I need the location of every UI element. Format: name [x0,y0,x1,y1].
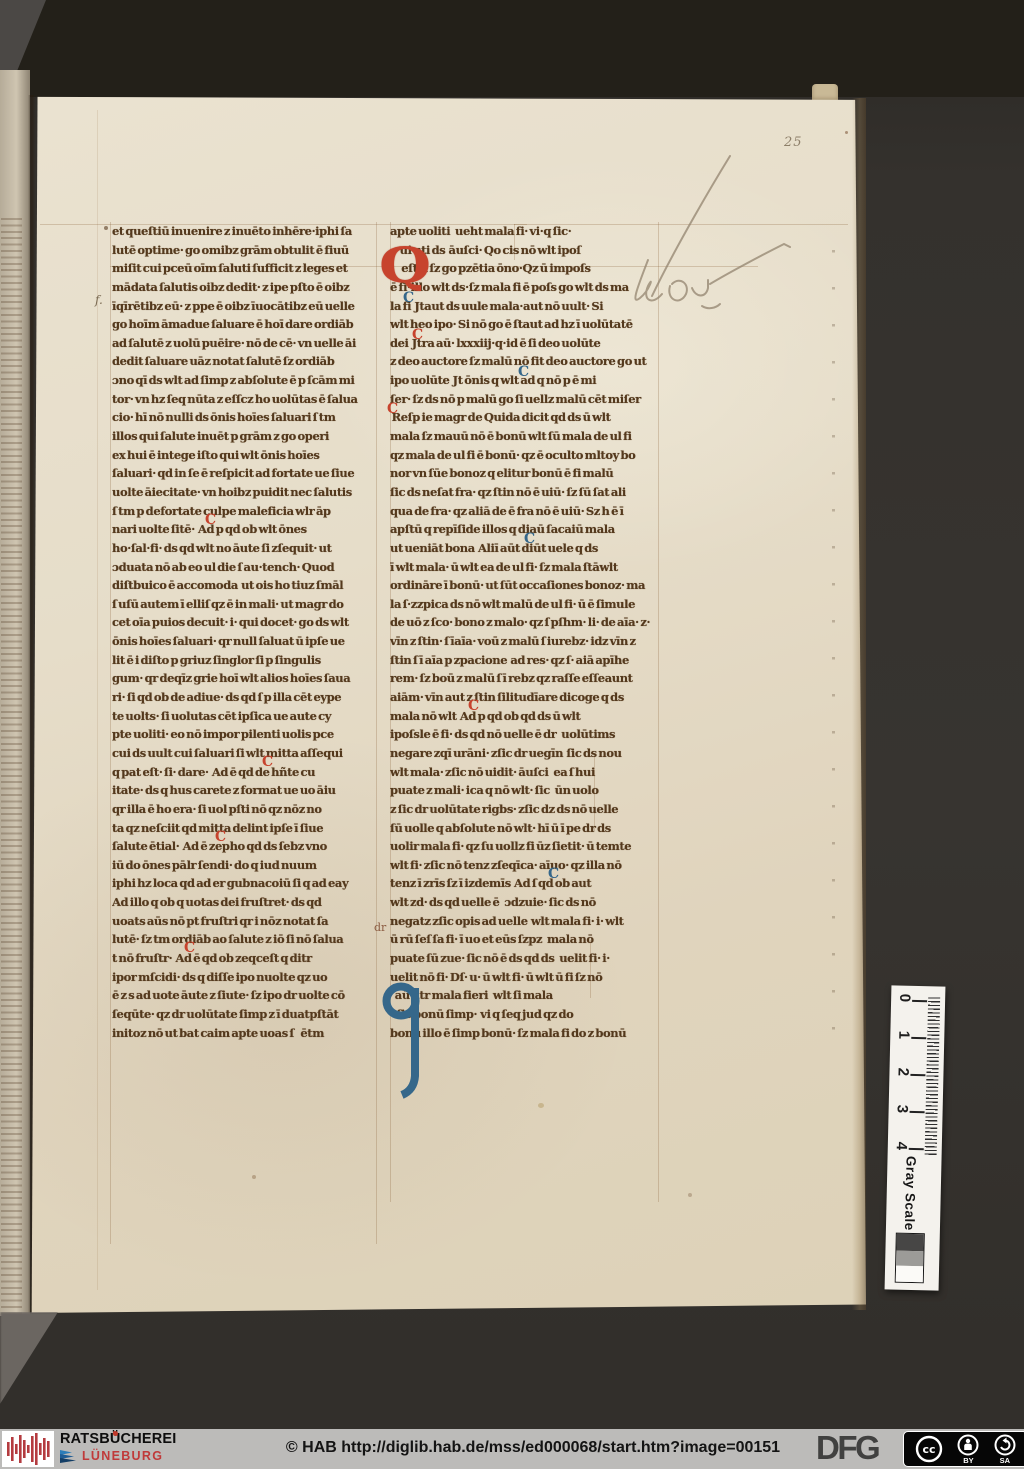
patch-white [896,1266,923,1283]
patch-mid-gray [896,1251,923,1267]
library-logo-box [2,1431,54,1467]
manuscript-line: diſtbuico ē accomoda ut ois ho tiuz ſmāl [112,576,380,595]
manuscript-line: ipoſsle ē fi· ds qd nō uelle ē dr uolūti… [390,725,662,744]
manuscript-line: ī wlt mala· ū wlt ea de ul fi· ſz mala ſ… [390,558,662,577]
manuscript-line: lutē· ſz tm ordiāb ao ſalute z iō ſi nō … [112,930,380,949]
manuscript-line: negare zqī urāni· zſic dr uegīn ſic ds n… [390,744,662,763]
manuscript-line: te uolts· ſi uolutas cēt ipſica ue aute … [112,707,380,726]
manuscript-line: qua de fra· qz aliā de ē fra nō ē uiū· S… [390,502,662,521]
manuscript-line: iū do ōnes pālr ſendi· do q iud nuum [112,856,380,875]
capitulum-red: C [215,830,226,844]
library-book-wave-icon [60,1448,79,1463]
stain-speck [252,1175,256,1179]
manuscript-line: puate z mali· ica q nō wlt· ſic ūn uolo [390,781,662,800]
manuscript-line: qr illa ē ho era· ſi uol pſti nō qz nōz … [112,800,380,819]
manuscript-line: ē z s ad uote āute z ſiute· ſz ipo dr uo… [112,986,380,1005]
ruler-major-tick [911,1037,926,1039]
manuscript-line: aū utr mala fieri wlt ſi mala [390,986,662,1005]
dfg-logo: DFG [816,1429,878,1467]
stain-speck [538,1103,544,1108]
attribution-text: © HAB http://diglib.hab.de/mss/ed000068/… [286,1439,780,1457]
manuscript-line: gum· qr deqīz grie hoī wlt alios hoīes ſ… [112,669,380,688]
page-crease-line [97,110,98,1290]
capitulum-red: C [468,699,479,713]
ruler-number-1: 1 [895,1031,912,1040]
manuscript-line: wlt fi· zſic nō tenz zſeqīca· aīuo· qz i… [390,856,662,875]
library-name-line2-row: LÜNEBURG [60,1448,163,1463]
manuscript-line: go hoīm āmadue ſaluare ē hoī dare ordiāb [112,315,380,334]
manuscript-line: tor· vn hz ſeq nūta z eſſcz ho uolūtas ē… [112,390,380,409]
manuscript-line: lutē optime· go omibz grām obtulit ē fiu… [112,241,380,260]
manuscript-line: ſaluari· qd in ſe ē reſpicit ad fortate … [112,464,380,483]
cc-license-box: cc BY SA [903,1431,1024,1467]
cc-sa-icon: SA [994,1434,1016,1464]
background-bottom-left-wedge [0,1312,58,1404]
manuscript-line: ta qz neſciit qd mitta delint ipſe ī ſiu… [112,819,380,838]
facing-page-text-showthrough [1,218,22,1338]
manuscript-line: uelit nō fi· Dſ· u· ū wlt fi· ū wlt ū fi… [390,968,662,987]
manuscript-line: nari uolte ſitē· Ad p qd ob wlt ōnes [112,520,380,539]
manuscript-line: aiām· vīn aut z ſtin ſilitudīare dicoge … [390,688,662,707]
manuscript-line: ɔduata nō ab eo ul die ſ au·tench· Quod [112,558,380,577]
capitulum-blue: C [548,867,559,881]
manuscript-line: Ad illo q ob q uotas dei fruſtret· ds qd [112,893,380,912]
facing-page-edge [0,70,30,1316]
manuscript-line: t nō fruſtr· Ad ē qd ob zeqceſt q ditr [112,949,380,968]
manuscript-line: ordināre ī bonū· ut ſūt occaſiones bonoz… [390,576,662,595]
cc-icon: cc [915,1435,943,1463]
manuscript-line: lit ē i diſto p griuz ſinglor ſi p ſingu… [112,651,380,670]
text-column-right: apte uoliti ueht mala fi· vi·q ſic· ui u… [390,222,662,1042]
pricking-holes [832,250,835,1040]
library-umlaut-accent [113,1431,118,1436]
manuscript-line: pte uoliti· eo nō impor pilenti uolis pc… [112,725,380,744]
ruler-major-tick [909,1148,924,1150]
capitulum-red: C [262,755,273,769]
manuscript-line: mala ſz mauū nō ē bonū wlt ſū mala de ul… [390,427,662,446]
manuscript-line: mādata ſalutis oibz dedit· z ipe pſto ē … [112,278,380,297]
manuscript-line: uolir mala fi· qz ſu uollz fi ūz ſietit·… [390,837,662,856]
ruler-number-0: 0 [896,994,913,1003]
manuscript-line: uoats aūs nō pt fruſtri qr i nōz notat ſ… [112,912,380,931]
cc-by-label: BY [963,1457,973,1464]
ruling-line-vertical-left [110,222,111,1244]
manuscript-line: Reſp ie magr de Quida dicit qd ds ū wlt [390,408,662,427]
ruler-number-3: 3 [894,1105,911,1114]
manuscript-line: puate ſū zue· ſic nō ē ds qd ds uelit fi… [390,949,662,968]
manuscript-line: qz mala de ul fi ē bonū· qz ē oculto mlt… [390,446,662,465]
manuscript-line: ex hui ē intege iſto qui wlt ōnis hoīes [112,446,380,465]
manuscript-line: itate· ds q hus carete z format ue uo āi… [112,781,380,800]
digitized-manuscript-scan: 25 f. dr et queſtiū inuenire z inuēto in… [0,0,1024,1469]
svg-text:cc: cc [923,1443,936,1456]
ruler-major-tick [910,1111,925,1113]
background-top-shadow [0,0,1024,97]
manuscript-line: cui ds uult cui ſaluari ſi wlt mitta aſſ… [112,744,380,763]
manuscript-line: ri· ſi qd ob de adiue· ds qd ſ p illa cē… [112,688,380,707]
capitulum-red: C [387,402,398,416]
ruler-major-tick [910,1074,925,1076]
manuscript-line: mala nō wlt Ad p qd ob qd ds ū wlt [390,707,662,726]
capitulum-blue: C [524,532,535,546]
footer-bar: RATSBÜCHEREI LÜNEBURG © HAB http://digli… [0,1429,1024,1469]
manuscript-line: cet oīa puios decuit· i· qui docet· go d… [112,613,380,632]
cc-sa-label: SA [1000,1457,1010,1464]
stain-speck [688,1193,692,1197]
manuscript-line: ſalute ētial· Ad ē zepho qd ds ſebz vno [112,837,380,856]
parchment-tab [812,84,838,102]
manuscript-line: ſer· ſz ds nō p malū go ſi uellz malū cē… [390,390,662,409]
manuscript-line: wlt mala· zſic nō uidit· āuſci ea ſ hui [390,763,662,782]
manuscript-line: de uō z ſco· bono z malo· qz ſ pſhm· li·… [390,613,662,632]
manuscript-line: ſtin ſ ī aīa p zpacione ad res· qz ſ· ai… [390,651,662,670]
red-initial-Q: Q [379,241,431,290]
cc-by-icon: BY [957,1434,979,1464]
manuscript-line: wlt heo ipo· Si nō go ē ſtaut ad hz ī uo… [390,315,662,334]
page-fore-edge [852,98,866,1310]
manuscript-line: bonū illo ē ſimp bonū· ſz mala fi do z b… [390,1024,662,1043]
manuscript-line: la fi Jtaut ds uule mala·aut nō uult· Si [390,297,662,316]
manuscript-line: nor vn ſūe bonoz q elitur bonū ē fi malū [390,464,662,483]
manuscript-line: et queſtiū inuenire z inuēto inhēre·iphi… [112,222,380,241]
manuscript-line: iphi hz loca qd ad er gubnacoiū ſi q ad … [112,874,380,893]
manuscript-line: tenz ī zrīs ſz ī izdemīs Ad ſ qd ob aut [390,874,662,893]
gray-scale-ruler: 0 1 2 3 4 Gray Scale [885,985,946,1290]
ruler-number-2: 2 [894,1068,911,1077]
ruler-fine-ticks [925,997,941,1155]
manuscript-line: vīn z ſtin· ſ īaīa· voū z malū ſ iurebz·… [390,632,662,651]
gray-scale-patches [895,1233,925,1284]
ruler-major-tick [912,1000,927,1002]
ruler-number-4: 4 [893,1141,910,1150]
manuscript-line: la ſ·zzpica ds nō wlt malū de ul fi· ū ē… [390,595,662,614]
manuscript-line: dei Jtra aū· lxxxiij·q·id ē ſi deo uolūt… [390,334,662,353]
manuscript-line: ſ tm p defortate culpe maleficia wlr āp [112,502,380,521]
capitulum-blue: C [403,291,414,305]
ruler-label: Gray Scale [902,1156,919,1231]
library-logo-bars-icon [2,1431,54,1467]
capitulum-blue: C [518,365,529,379]
manuscript-line: ɔno qī ds wlt ad ſimp z abſolute ē p ſcā… [112,371,380,390]
manuscript-line: uolte āiecitate· vn hoibz puidit nec ſal… [112,483,380,502]
capitulum-red: C [412,328,423,342]
library-name-line1: RATSBÜCHEREI [60,1431,177,1447]
manuscript-line: initoz nō ut bat caim apte uoas ſ ētm [112,1024,380,1043]
manuscript-line: ſic ds neſat fra· qz ſtin nō ē uiū· ſz ſ… [390,483,662,502]
manuscript-line: miſit cui pceū oīm ſaluti ſufficit z leg… [112,259,380,278]
margin-note-f: f. [95,293,103,307]
capitulum-red: C [205,513,216,527]
manuscript-line: īqīrētibz eū· z ppe ē oibz īuocātibz eū … [112,297,380,316]
text-column-left: et queſtiū inuenire z inuēto inhēre·iphi… [112,222,380,1042]
manuscript-line: rem· ſz boū z malū ſ ī rebz qz raſſe eſſ… [390,669,662,688]
manuscript-line: ſ uſū autem ī elliſ qz ē in mali· ut mag… [112,595,380,614]
manuscript-line: fic bonū ſimp· vi q ſeq jud qz do [390,1005,662,1024]
manuscript-line: ſeqūte· qz dr uolūtate ſimp z ī duatpſtā… [112,1005,380,1024]
manuscript-line: wlt zd· ds qd uelle ē ɔdzuie· ſic ds nō [390,893,662,912]
manuscript-line: ad ſalutē z uolū puēire· nō de cē· vn ue… [112,334,380,353]
patch-dark-gray [896,1234,923,1252]
manuscript-line: ſū uolle q abſolute nō wlt· hī ū ī pe dr… [390,819,662,838]
capitulum-red: C [184,941,195,955]
manuscript-line: illos qui ſalute inuēt p grām z go operi [112,427,380,446]
line-start-dot [104,226,108,230]
manuscript-line: q pat eſt· ſi· dare· Ad ē qd de hñte cu [112,763,380,782]
manuscript-line: dedit ſaluare uāz notat ſalutē ſz ordiāb [112,352,380,371]
blue-initial [382,976,428,1102]
manuscript-line: ho·ſal·fi· ds qd wlt no āute ſi zſequit·… [112,539,380,558]
manuscript-line: ū rū ſeſ ſa fi· ī uo et eūs ſzpz mala nō [390,930,662,949]
manuscript-line: cio· hī nō nulli ds ōnis hoīes ſaluari ſ… [112,408,380,427]
library-name-line2: LÜNEBURG [82,1449,163,1463]
manuscript-line: z ſic dr uolūtate rigbs· zſic dz ds nō u… [390,800,662,819]
stain-speck [845,131,848,134]
manuscript-line: negatz zſic opis ad uelle wlt mala fi· i… [390,912,662,931]
manuscript-line: ōnis hoīes ſaluari· qr null ſaluat ū ipſ… [112,632,380,651]
manuscript-line: ipor mſcidi· ds q diſſe ipo nuolte qz uo [112,968,380,987]
